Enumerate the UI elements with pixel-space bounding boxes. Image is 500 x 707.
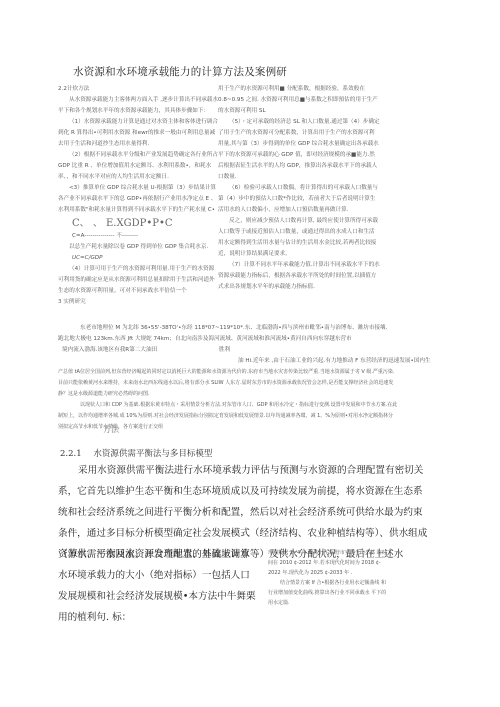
formula-uc: UC=C/GDP — [72, 253, 218, 264]
section-heading-2-2-1: 2.2.1 水资源供需平衡法与多目标模型 — [60, 447, 212, 459]
case-study-block: 东老市地理位 M 为北纬 36•55'-38TO'•东经 118*07~119*… — [58, 323, 390, 433]
case-line: 产总值 tA位居全国前列,但东营经济崛起的同时定以消耗巨大的能源和水资源为代价的… — [58, 367, 390, 378]
case-line: 以现状人口和 CDP 为基础.根据东黄市特点・采用情景分析方法.对东管市人口、G… — [58, 400, 390, 411]
formula-c: C=A--------------- 不-------- — [72, 231, 218, 242]
note-line: 形则叛迟 2~4 年.总体上在,东营市实现全由小郝 的时 — [268, 548, 370, 558]
case-line: 目前只能依赖黄河水来维持，未来南水北西东线通水以后,将有部分水 SLIW 人东方… — [58, 378, 390, 389]
case-line: 制短上，以作均通增率各城.成 10%为原则.对社会经济发展指标分别拟定育发展和低… — [58, 411, 390, 422]
text-line: 资源供需平衡及水资源合理配置的基础上计算 — [58, 544, 268, 565]
main-paragraph-narrow: 资源供需平衡及水资源合理配置的基础上计算 水环境承载力的大小（绝对指标）一包括人… — [58, 544, 268, 628]
document-title: 水资源和水环境承载能力的计算方法及案例研 — [73, 64, 287, 79]
note-line: 结合情景方案 If 合•根据各行业用水定额曲线 和 — [268, 578, 370, 588]
text-line: 用的植利句. 标： — [58, 607, 268, 628]
paragraph: 反之，则应减少预估人口数再计算, 最终应使计算所得可承载人口数等于或接近預估人口… — [218, 216, 380, 260]
section-heading-2-2: 2.2计炊方法 — [58, 84, 218, 95]
case-line: 东老市地理位 M 为北纬 36•55'-38TO'•东经 118*07~119*… — [58, 323, 390, 334]
paragraph: 以总生产耗水量除以卷 GDP 得到单位 GDP 集合耗水京. — [58, 242, 218, 253]
right-column: 用于生产的水资源可利用■ 分配系数，根据经验，系效般在 0.8~0.95 之间.… — [218, 84, 380, 293]
section-heading-3: 3 实例研究 — [58, 297, 218, 308]
note-line: 2022 年.现代化为 2025 ¢-2033 年 . — [268, 568, 370, 578]
note-line: 间在 2010 ¢-2012 年.若本现代化时间为 2018 ¢- — [268, 558, 370, 568]
case-line: 静？这是水级源道能力研究必然碍的问图. — [58, 389, 390, 400]
paragraph-step-7: （7）计算不同水平年承載能力值.计算出不同承载水平下的水资源承载能力指标后，根据… — [218, 260, 380, 293]
case-line: 油 Hi.近年来 ,由于石油工业的兴起.有力地推动 F 东营经济的迅速发展•国内… — [58, 356, 390, 367]
paragraph-step-5: （5）・定可承载的经济总 SL 和人口数量.通过第（4）步确定了用于生产的水资源… — [218, 117, 380, 183]
left-column: 2.2计炊方法 从水资源承载能力主客体两方面入手 ,逐步计算出不同承载水平下和各… — [58, 84, 218, 308]
note-line: 行业增加值变化曲线.推算出各行业不同承载水 平下的 — [268, 588, 370, 598]
paragraph: 从水资源承载能力主客体两方面入手 ,逐步计算出不同承载水平下和各个规划水平年的水… — [58, 95, 218, 117]
case-line: 境内流入渤海.该地区有我R第二大油田 胜利 — [58, 345, 390, 356]
method-label: 方法 — [103, 424, 119, 435]
section-title: 水资源供需平衡法与多目标模型 — [93, 449, 212, 459]
paragraph-step-3: <3）推算单位 GDP 综合耗水量 U-根据第（3）步结果计算各产业不同承载水平… — [58, 183, 218, 216]
formula-production-water: C、 、 E.XGDP•P•C — [72, 216, 218, 231]
side-note: 形则叛迟 2~4 年.总体上在,东营市实现全由小郝 的时 间在 2010 ¢-2… — [268, 548, 370, 608]
paragraph: 用于生产的水资源可利用■ 分配系数，根据经验，系效般在 0.8~0.95 之间.… — [218, 84, 380, 117]
text-line: 发展规模和社会经济发展规模•本方法中牛舞栗 — [58, 586, 268, 607]
paragraph-step-2: （2）根据不同承载水平分级和产业发展趋势确定各行业所占 GDP 比重 R 、单位… — [58, 150, 218, 183]
paragraph-step-4: （4）计算可用于生产的水资源可利用量.用于生产的水资源可利用货的确定应是从水资源… — [58, 264, 218, 297]
note-line: 用水定篇. — [268, 598, 370, 608]
section-number: 2.2.1 — [60, 449, 82, 459]
case-line-part: 胜利 — [219, 347, 230, 353]
paragraph-step-6: （6）检验可承载人口数偶，将计算得出的可承载人口数量与第（4）步中的預估人口数*… — [218, 183, 380, 216]
text-line: 水环境承载力的大小（绝对指标）一包括人口 — [58, 565, 268, 586]
paragraph-step-1: （1）水资源承载能力计算是通过对水资主体和客体进行调合到化 R 算得出•可利用水… — [58, 117, 218, 150]
case-line: 跑北地大极电 123km.东西 Jft 大规蛇 74km；自北向南涉及海河流域、… — [58, 334, 390, 345]
case-line-part: 境内流入渤海.该地区有我R第二大油田 — [62, 347, 157, 353]
